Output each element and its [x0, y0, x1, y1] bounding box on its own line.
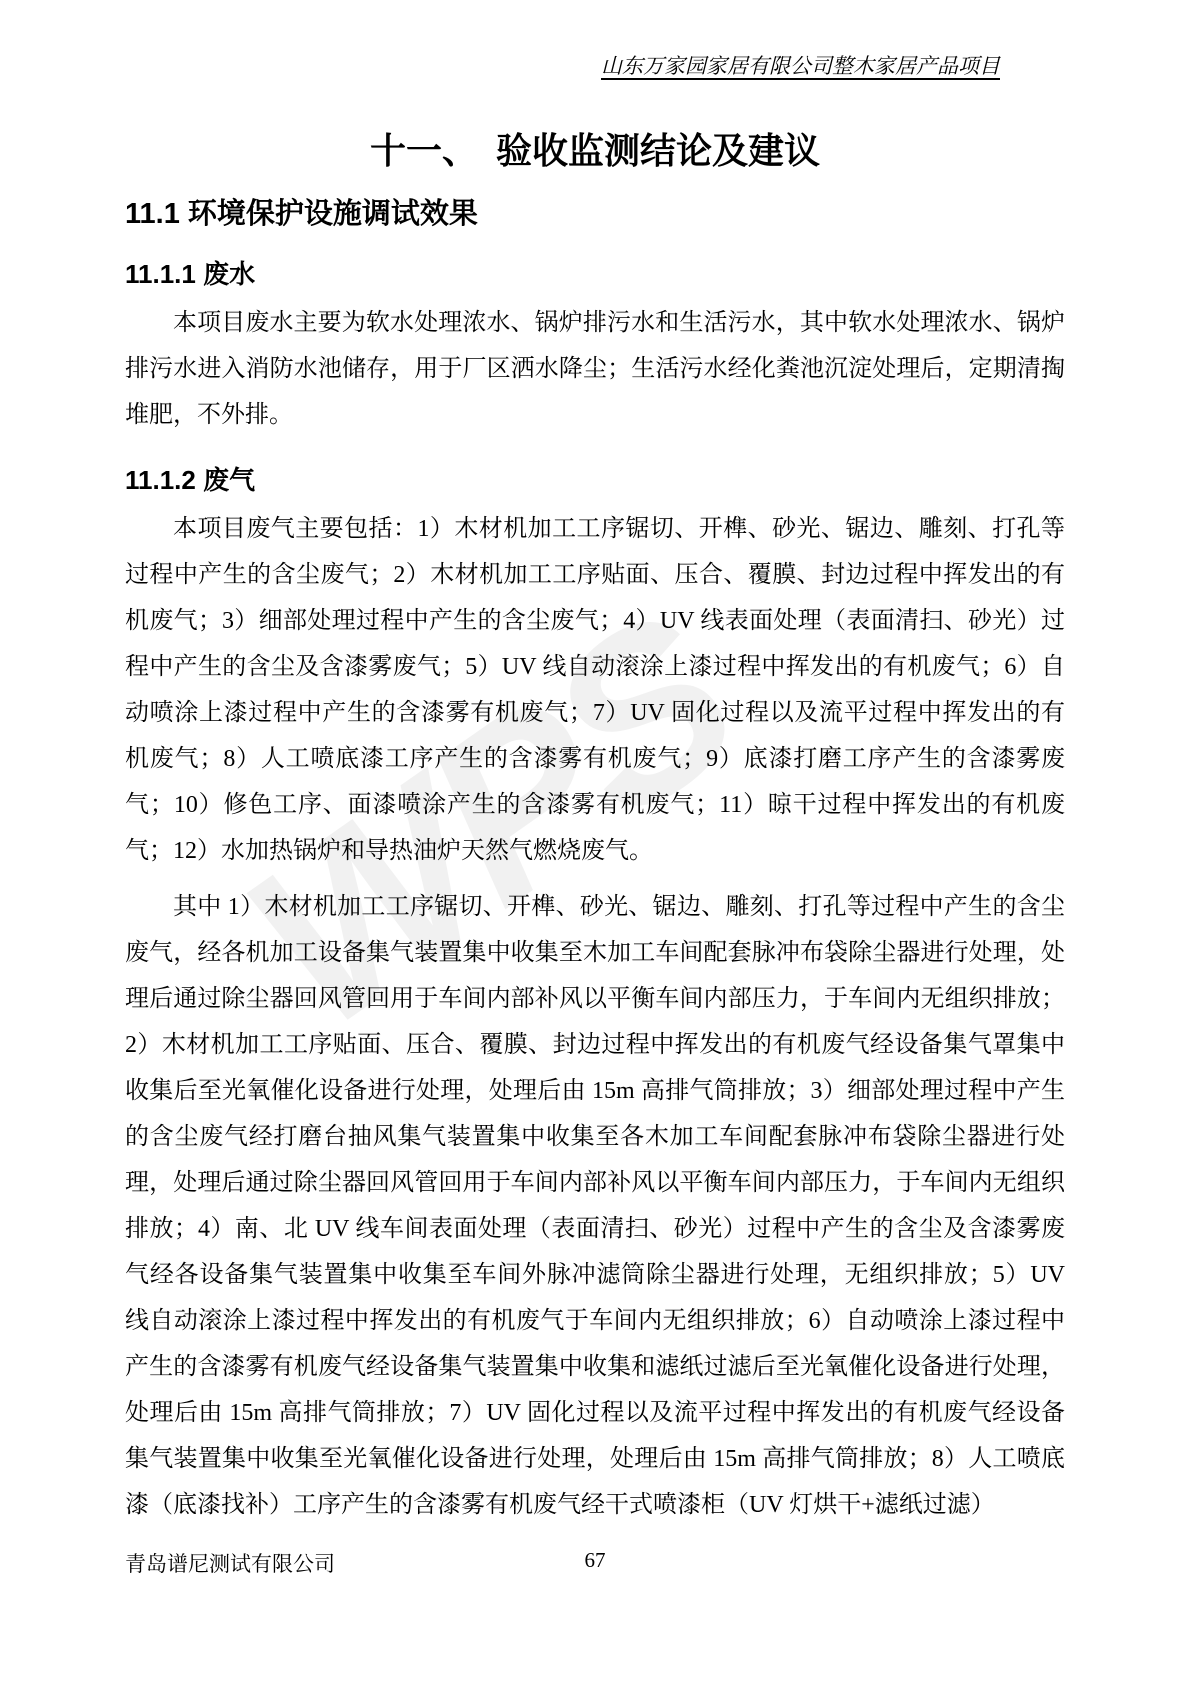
document-body: 十一、 验收监测结论及建议 11.1 环境保护设施调试效果 11.1.1 废水 … — [125, 128, 1065, 1528]
section-heading-11-1-2: 11.1.2 废气 — [125, 464, 1065, 496]
paragraph-wastewater: 本项目废水主要为软水处理浓水、锅炉排污水和生活污水，其中软水处理浓水、锅炉排污水… — [125, 300, 1065, 438]
section-heading-11-1: 11.1 环境保护设施调试效果 — [125, 196, 1065, 232]
page-header: 山东万家园家居有限公司整木家居产品项目 — [125, 50, 1065, 80]
paragraph-waste-gas-treatment: 其中 1）木材机加工工序锯切、开榫、砂光、锯边、雕刻、打孔等过程中产生的含尘废气… — [125, 884, 1065, 1528]
header-project-title: 山东万家园家居有限公司整木家居产品项目 — [601, 50, 1000, 80]
section-heading-11-1-1: 11.1.1 废水 — [125, 258, 1065, 290]
page-footer: 青岛谱尼测试有限公司 67 — [125, 1548, 1065, 1578]
chapter-title: 十一、 验收监测结论及建议 — [125, 128, 1065, 174]
paragraph-waste-gas-overview: 本项目废气主要包括：1）木材机加工工序锯切、开榫、砂光、锯边、雕刻、打孔等过程中… — [125, 506, 1065, 874]
footer-page-number: 67 — [125, 1548, 1065, 1573]
document-page: 山东万家园家居有限公司整木家居产品项目 WPS 十一、 验收监测结论及建议 11… — [0, 0, 1190, 1683]
